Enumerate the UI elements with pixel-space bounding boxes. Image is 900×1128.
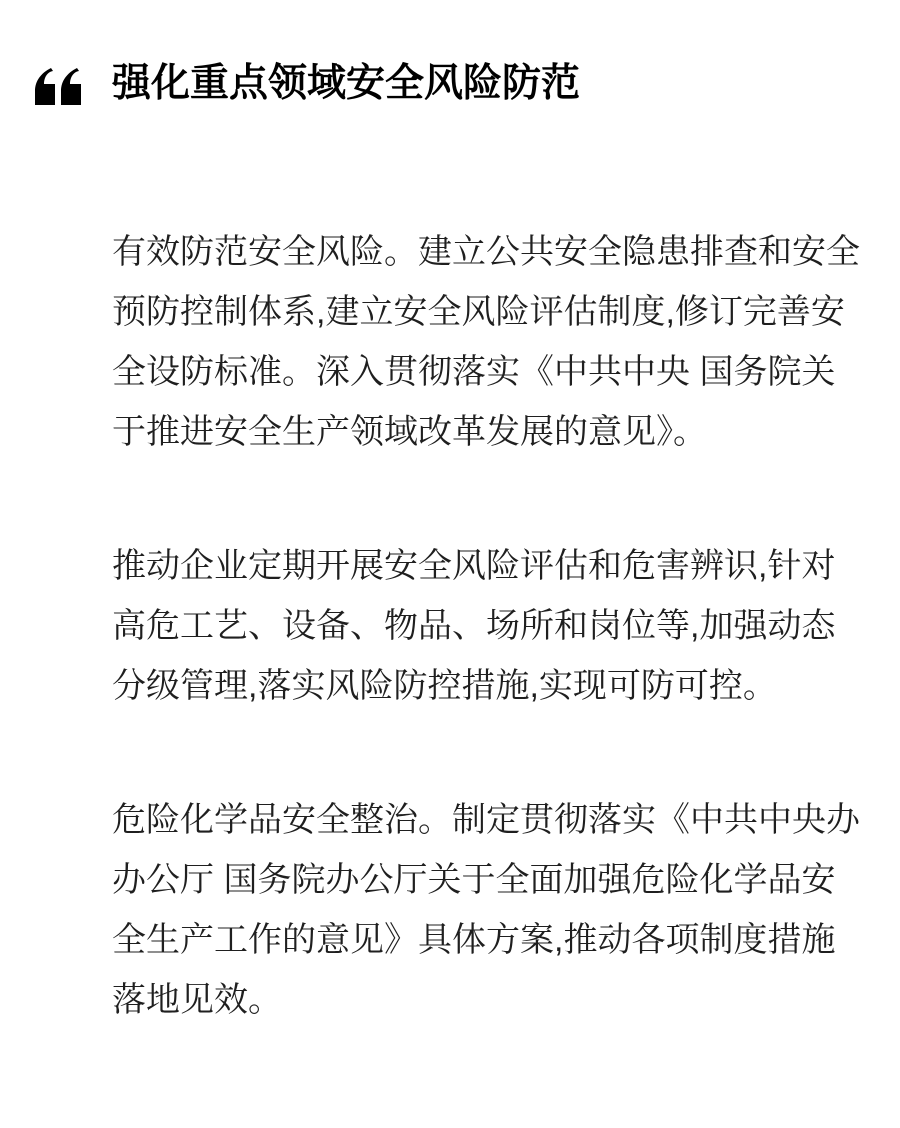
paragraph-3: 危险化学品安全整治。制定贯彻落实《中共中央办办公厅 国务院办公厅关于全面加强危险… bbox=[112, 790, 860, 1030]
section-title: 强化重点领域安全风险防范 bbox=[112, 62, 580, 106]
article-page: 强化重点领域安全风险防范 有效防范安全风险。建立公共安全隐患排查和安全预防控制体… bbox=[0, 0, 900, 1128]
section-header: 强化重点领域安全风险防范 bbox=[34, 62, 860, 106]
article-body: 有效防范安全风险。建立公共安全隐患排查和安全预防控制体系,建立安全风险评估制度,… bbox=[112, 222, 860, 1030]
open-quote-icon bbox=[34, 68, 82, 105]
paragraph-2: 推动企业定期开展安全风险评估和危害辨识,针对高危工艺、设备、物品、场所和岗位等,… bbox=[112, 536, 860, 716]
paragraph-1: 有效防范安全风险。建立公共安全隐患排查和安全预防控制体系,建立安全风险评估制度,… bbox=[112, 222, 860, 462]
